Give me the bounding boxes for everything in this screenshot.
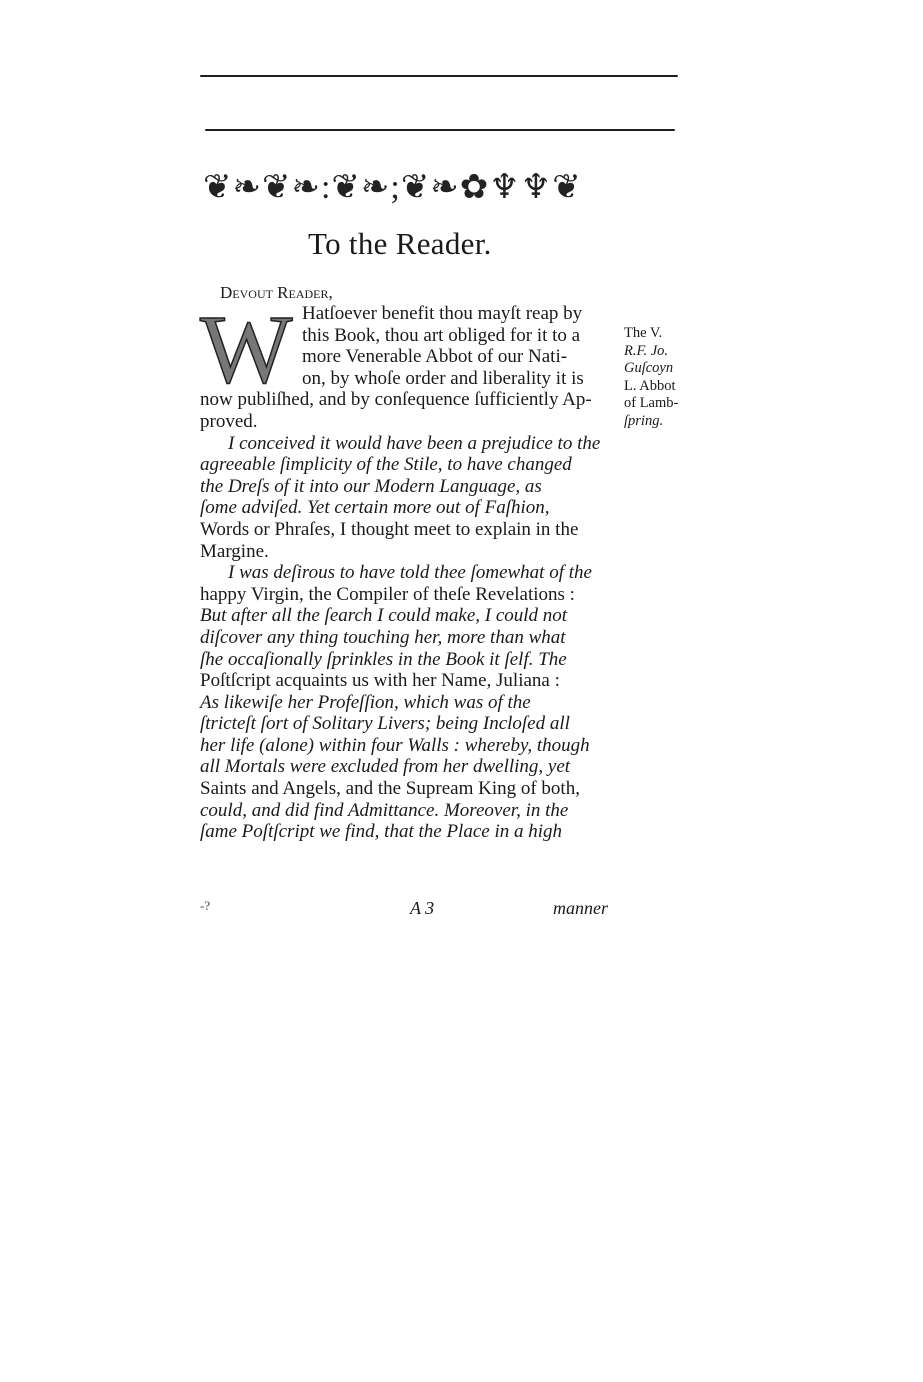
- body-text: Hatſoever benefit thou mayſt reap by thi…: [200, 303, 620, 843]
- text-line: ſome adviſed. Yet certain more out of Fa…: [200, 497, 620, 519]
- text-line: her life (alone) within four Walls : whe…: [200, 735, 620, 757]
- text-line: this Book, thou art obliged for it to a: [200, 325, 620, 347]
- text-line: happy Virgin, the Compiler of theſe Reve…: [200, 584, 620, 606]
- margin-note: The V. R.F. Jo. Guſcoyn L. Abbot of Lamb…: [624, 325, 678, 431]
- printer-mark: -?: [200, 898, 210, 914]
- text-line: diſcover any thing touching her, more th…: [200, 627, 620, 649]
- text-line: Saints and Angels, and the Supream King …: [200, 778, 620, 800]
- text-line: But after all the ſearch I could make, I…: [200, 605, 620, 627]
- text-line: now publiſhed, and by conſequence ſuffic…: [200, 389, 620, 411]
- text-line: I was deſirous to have told thee ſomewha…: [200, 562, 620, 584]
- fleuron-ornament-band: ❦❧❦❧:❦❧;❦❧✿♆♆❦: [203, 166, 623, 210]
- catchword: manner: [553, 898, 608, 919]
- text-line: Hatſoever benefit thou mayſt reap by: [200, 303, 620, 325]
- second-rule: [205, 129, 675, 131]
- text-line: more Venerable Abbot of our Nati-: [200, 346, 620, 368]
- text-line: proved.: [200, 411, 620, 433]
- page-title: To the Reader.: [308, 226, 492, 262]
- signature-mark: A 3: [410, 898, 434, 919]
- text-line: ſame Poſtſcript we find, that the Place …: [200, 821, 620, 843]
- text-line: the Dreſs of it into our Modern Language…: [200, 476, 620, 498]
- text-line: ſtricteſt ſort of Solitary Livers; being…: [200, 713, 620, 735]
- text-line: ſhe occaſionally ſprinkles in the Book i…: [200, 649, 620, 671]
- text-line: on, by whoſe order and liberality it is: [200, 368, 620, 390]
- text-line: Poſtſcript acquaints us with her Name, J…: [200, 670, 620, 692]
- top-rule: [200, 75, 678, 77]
- text-line: all Mortals were excluded from her dwell…: [200, 756, 620, 778]
- text-line: agreeable ſimplicity of the Stile, to ha…: [200, 454, 620, 476]
- text-line: As likewiſe her Profeſſion, which was of…: [200, 692, 620, 714]
- text-line: could, and did find Admittance. Moreover…: [200, 800, 620, 822]
- text-line: I conceived it would have been a prejudi…: [200, 433, 620, 455]
- text-line: Words or Phraſes, I thought meet to expl…: [200, 519, 620, 541]
- text-line: Margine.: [200, 541, 620, 563]
